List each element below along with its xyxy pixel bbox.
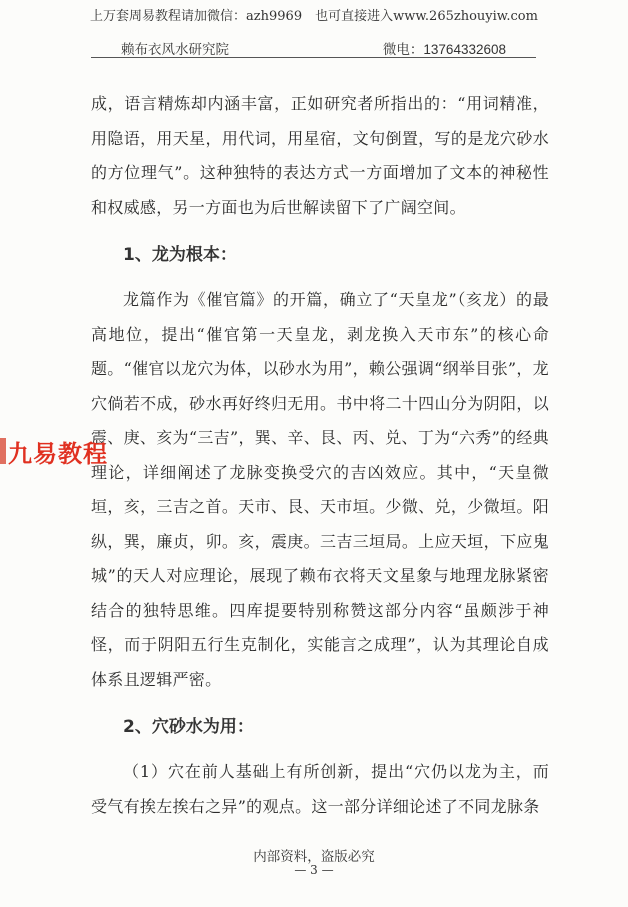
header-contact: 微电：13764332608 [383, 38, 506, 58]
section-title-1: 1、龙为根本： [91, 237, 549, 273]
section-2-paragraph: （1）穴在前人基础上有所创新，提出“穴仍以龙为主，而受气有挨左挨右之异”的观点。… [91, 755, 549, 824]
header-divider [91, 57, 536, 58]
footer-note: 内部资料，盗版必究 [0, 845, 628, 865]
section-1-paragraph: 龙篇作为《催官篇》的开篇，确立了“天皇龙”（亥龙）的最高地位，提出“催官第一天皇… [91, 283, 549, 697]
intro-paragraph: 成，语言精炼却内涵丰富，正如研究者所指出的：“用词精准，用隐语，用天星，用代词，… [91, 87, 549, 225]
page-number: — 3 — [0, 863, 628, 877]
watermark-text: 九易教程 [8, 434, 108, 469]
watermark-badge: 九易教程 [0, 436, 108, 466]
top-banner: 上万套周易教程请加微信：azh9969 也可直接进入www.265zhouyiw… [0, 5, 628, 24]
section-title-2: 2、穴砂水为用： [91, 709, 549, 745]
header-institute: 赖布衣风水研究院 [121, 38, 229, 58]
watermark-bar [0, 438, 6, 464]
document-body: 成，语言精炼却内涵丰富，正如研究者所指出的：“用词精准，用隐语，用天星，用代词，… [91, 87, 549, 824]
running-header: 赖布衣风水研究院 微电：13764332608 [91, 38, 536, 58]
